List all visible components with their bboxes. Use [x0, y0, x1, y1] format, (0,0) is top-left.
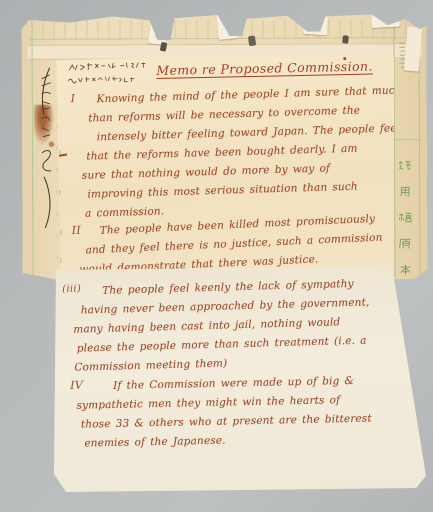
ink-dot-mark	[343, 57, 346, 60]
ruled-divider	[394, 139, 420, 140]
tear-mark	[248, 35, 256, 46]
ruled-tick	[60, 230, 62, 235]
kanji-glyph-yo	[398, 185, 412, 199]
torn-paper-patch	[371, 11, 400, 29]
paragraph-lines: If the Commission were made up of big & …	[110, 372, 372, 453]
kanji-glyph-ko	[398, 211, 412, 225]
memo-sheet-upper: Memo re Proposed Commission. I Knowing t…	[56, 54, 396, 286]
left-margin-japanese-annotation	[35, 65, 60, 240]
ruled-tick	[59, 150, 61, 155]
memo-sheet-lower: (iii) The people feel keenly the lack of…	[54, 266, 426, 494]
paragraph-lines: The people feel keenly the lack of sympa…	[102, 274, 371, 376]
photo-background: Memo re Proposed Commission. I Knowing t…	[0, 0, 433, 512]
ruled-tick	[60, 258, 62, 263]
printed-margin-micro-text	[399, 41, 407, 69]
torn-paper-patch	[148, 17, 169, 45]
paragraph-marker: II	[71, 224, 81, 237]
paragraph-marker: I	[70, 92, 75, 105]
paragraph-marker: (iii)	[62, 283, 81, 295]
tear-mark	[342, 35, 349, 44]
kanji-glyph-shi	[398, 159, 412, 173]
paragraph-marker: IV	[70, 379, 83, 392]
torn-paper-patch	[216, 11, 238, 40]
kanji-glyph-hon	[399, 263, 413, 277]
red-ink-dot	[156, 34, 159, 37]
paragraph-lines: Knowing the mind of the people I am sure…	[96, 80, 433, 223]
memo-title: Memo re Proposed Commission.	[156, 58, 373, 78]
kanji-glyph-gen	[398, 237, 412, 251]
torn-paper-patch	[303, 15, 328, 36]
ruled-tick	[59, 190, 61, 195]
